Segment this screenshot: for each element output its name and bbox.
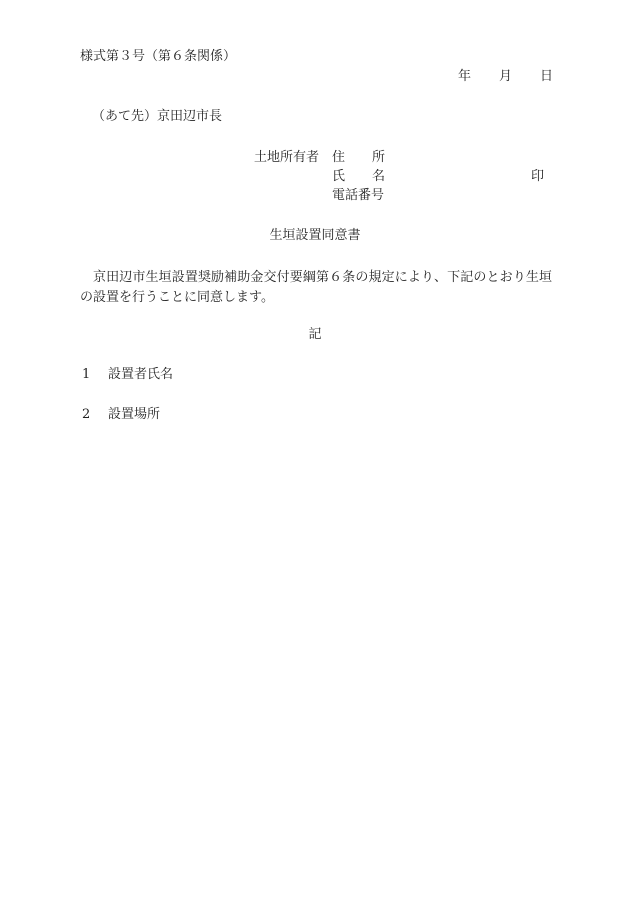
item-label: 設置場所 (108, 407, 160, 422)
addressee: （あて先）京田辺市長 (92, 110, 222, 123)
document-page: 様式第３号（第６条関係） 年月日 （あて先）京田辺市長 土地所有者 住 所 氏 … (0, 0, 630, 903)
item-label: 設置者氏名 (108, 367, 173, 382)
month-label: 月 (499, 70, 512, 83)
consent-statement: 京田辺市生垣設置奨励補助金交付要綱第６条の規定により、下記のとおり生垣の設置を行… (80, 268, 552, 308)
seal-mark: 印 (531, 170, 544, 183)
address-label-part-2: 所 (372, 151, 385, 164)
item-installation-location: 2設置場所 (80, 408, 160, 421)
date-line: 年月日 (458, 70, 553, 83)
day-label: 日 (540, 70, 553, 83)
address-field-label: 住 所 (332, 151, 385, 164)
item-installer-name: 1設置者氏名 (80, 368, 173, 381)
item-number: 1 (80, 368, 108, 381)
name-field-label: 氏 名 (332, 170, 385, 183)
land-owner-label: 土地所有者 (254, 151, 319, 164)
year-label: 年 (458, 70, 471, 83)
address-label-part-1: 住 (332, 151, 345, 164)
name-label-part-2: 名 (372, 170, 385, 183)
document-title: 生垣設置同意書 (0, 229, 630, 242)
phone-field-label: 電話番号 (332, 189, 384, 202)
form-number: 様式第３号（第６条関係） (80, 50, 236, 63)
name-label-part-1: 氏 (332, 170, 345, 183)
note-heading: 記 (0, 328, 630, 341)
item-number: 2 (80, 408, 108, 421)
